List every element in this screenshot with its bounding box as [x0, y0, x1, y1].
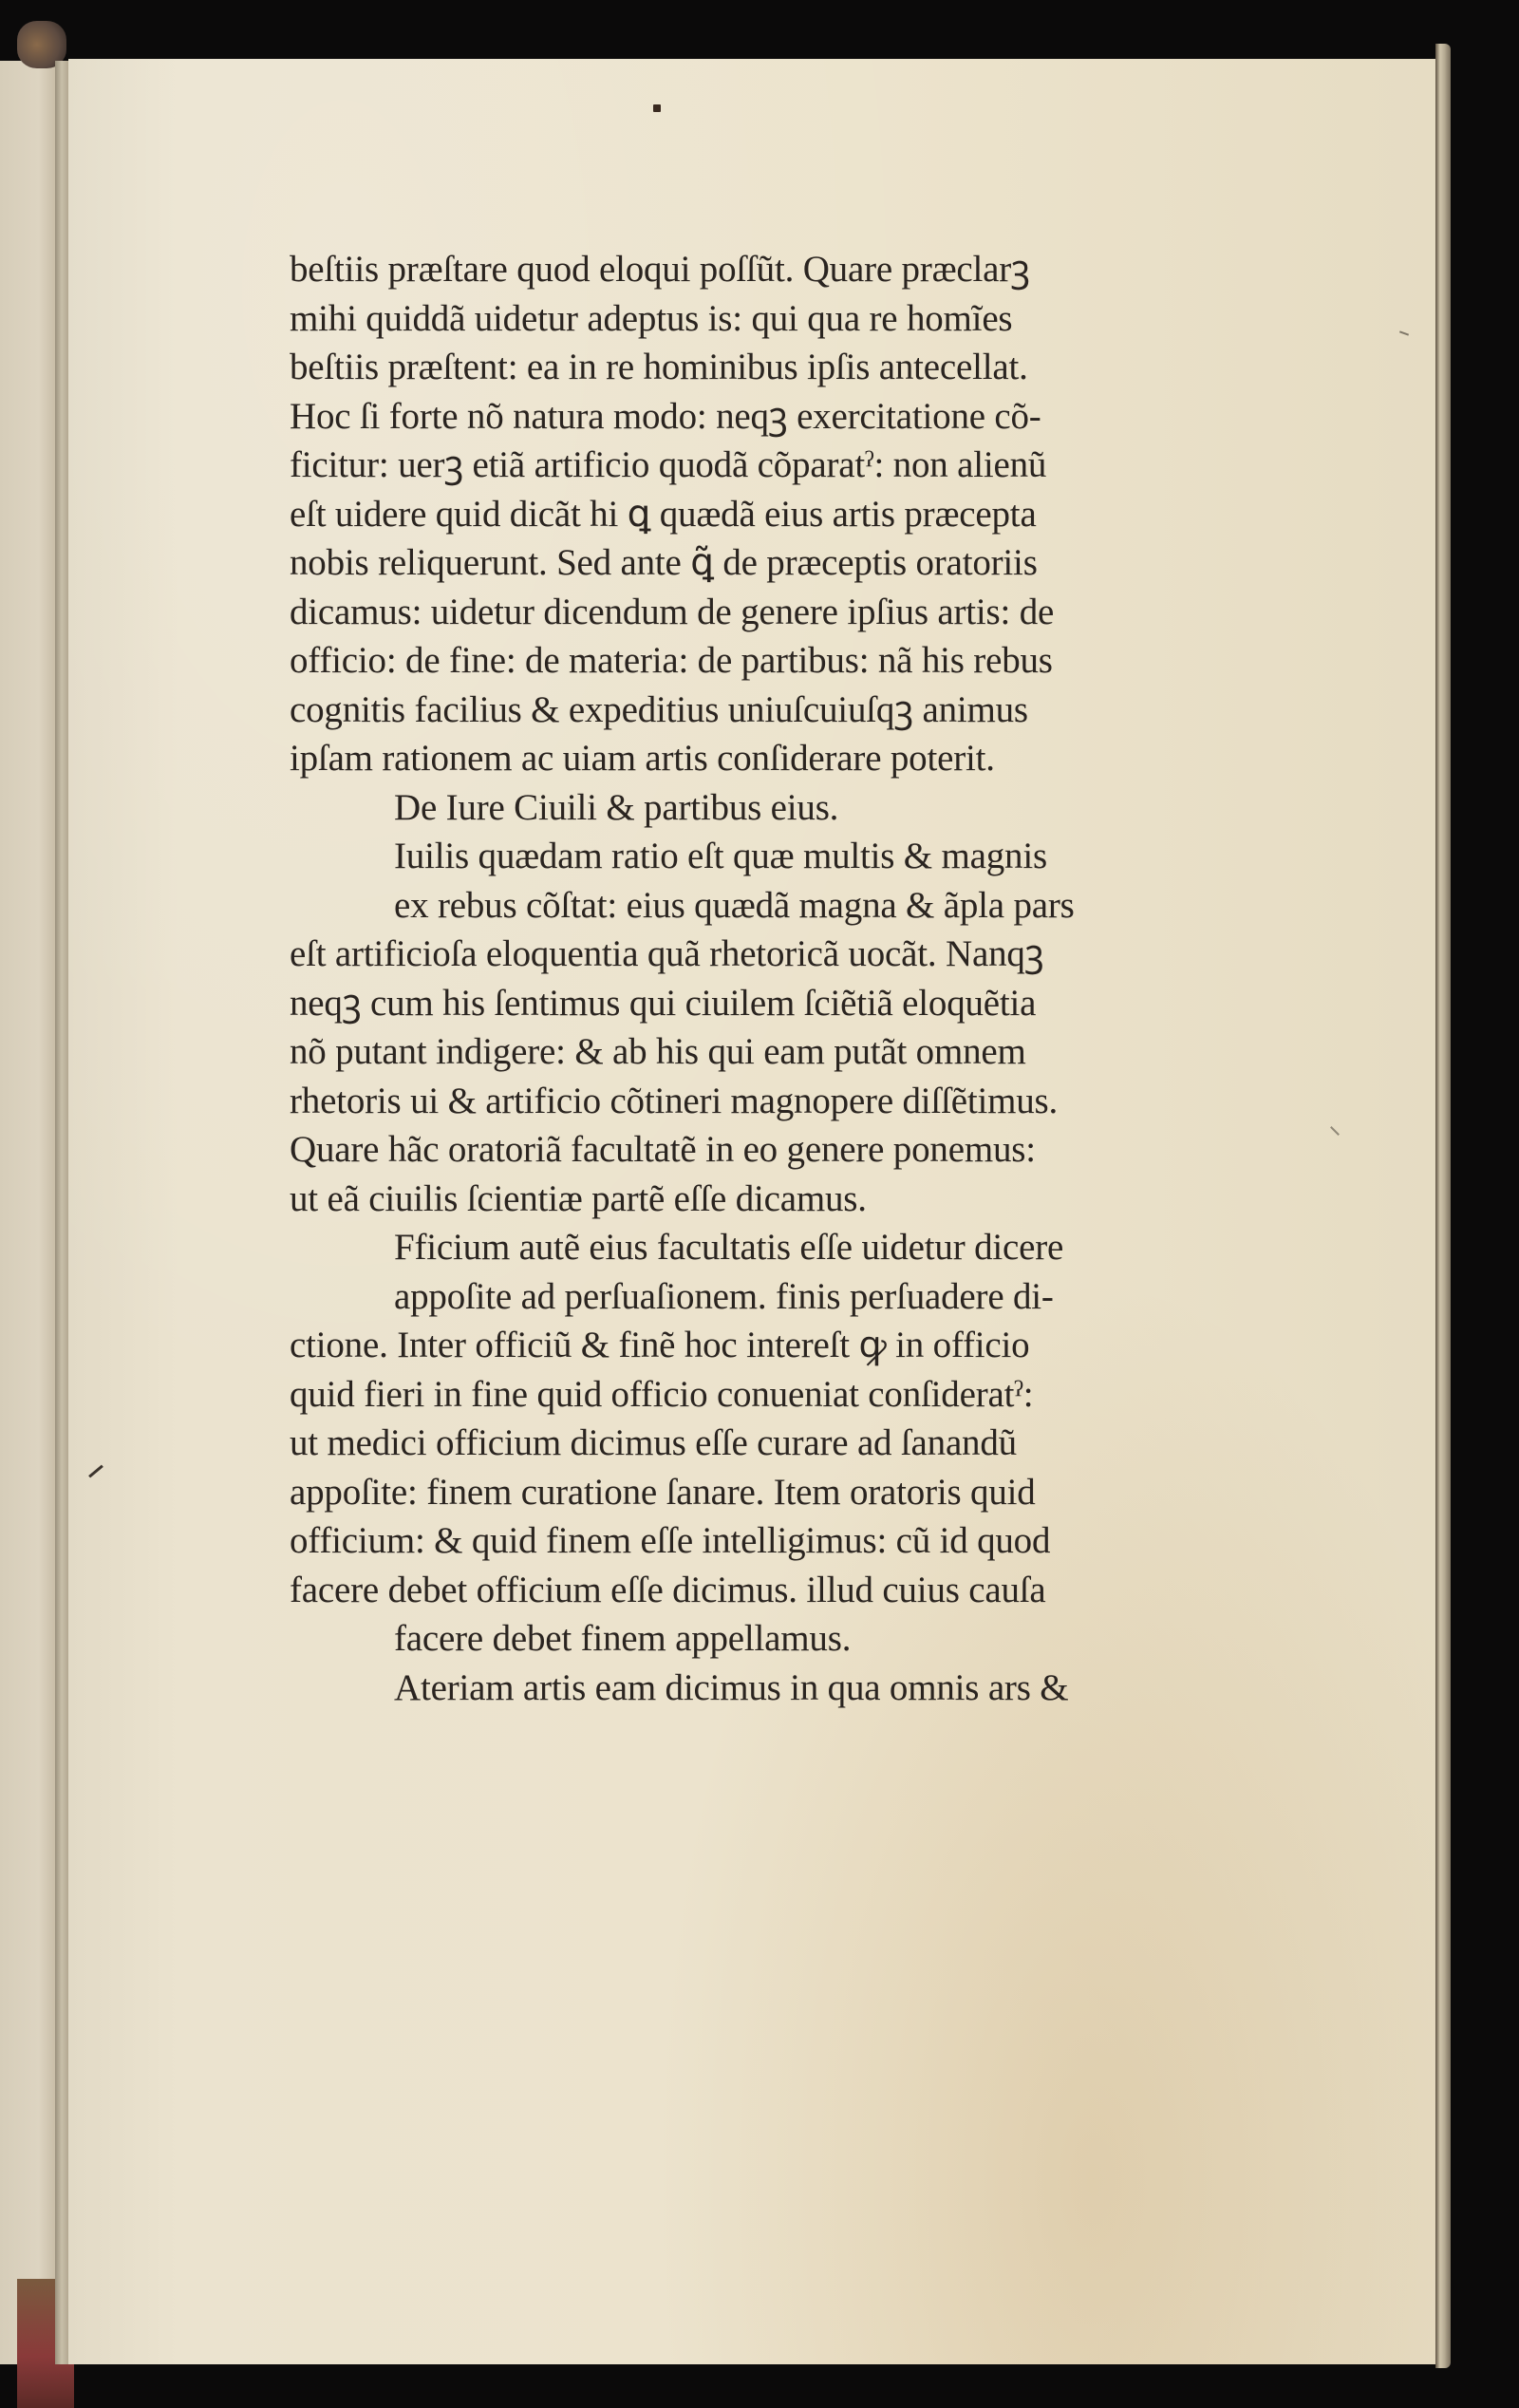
text-line: officio: de fine: de materia: de partibu…	[290, 636, 1201, 686]
paragraph: beſtiis præſtare quod eloqui poſſũt. Qua…	[290, 245, 1201, 783]
text-line: nobis reliquerunt. Sed ante ꝗ̃ de præcep…	[290, 538, 1201, 588]
text-line: beſtiis præſtent: ea in re hominibus ipſ…	[290, 343, 1201, 392]
text-line: facere debet finem appellamus.	[290, 1614, 1201, 1664]
text-line: facere debet officium eſſe dicimus. illu…	[290, 1566, 1201, 1615]
text-line: cognitis facilius & expeditius uniuſcuiu…	[290, 686, 1201, 735]
text-line: officium: & quid finem eſſe intelligimus…	[290, 1516, 1201, 1566]
text-line: rhetoris ui & artificio cõtineri magnope…	[290, 1077, 1201, 1126]
text-line: ex rebus cõſtat: eius quædã magna & ãpla…	[290, 881, 1201, 931]
text-line: Ateriam artis eam dicimus in qua omnis a…	[290, 1664, 1201, 1713]
text-line: dicamus: uidetur dicendum de genere ipſi…	[290, 588, 1201, 637]
text-line: nõ putant indigere: & ab his qui eam put…	[290, 1027, 1201, 1077]
text-line: Iuilis quædam ratio eſt quæ multis & mag…	[290, 832, 1201, 881]
text-line: neqꝫ cum his ſentimus qui ciuilem ſciẽti…	[290, 979, 1201, 1028]
text-line: ficitur: uerꝫ etiã artificio quodã cõpar…	[290, 441, 1201, 490]
text-line: ipſam rationem ac uiam artis conſiderare…	[290, 734, 1201, 783]
text-line: beſtiis præſtare quod eloqui poſſũt. Qua…	[290, 245, 1201, 294]
text-line: appoſite ad perſuaſionem. finis perſuade…	[290, 1272, 1201, 1322]
paragraph: Fficium autẽ eius facultatis eſſe uidetu…	[290, 1223, 1201, 1664]
paragraph: Iuilis quædam ratio eſt quæ multis & mag…	[290, 832, 1201, 1223]
text-line: eſt uidere quid dicãt hi ꝗ quædã eius ar…	[290, 490, 1201, 539]
text-line: ut eã ciuilis ſcientiæ partẽ eſſe dicamu…	[290, 1175, 1201, 1224]
signature-mark	[653, 104, 661, 112]
text-line: ut medici officium dicimus eſſe curare a…	[290, 1419, 1201, 1468]
text-line: quid fieri in fine quid officio conuenia…	[290, 1370, 1201, 1420]
text-line: Quare hãc oratoriã facultatẽ in eo gener…	[290, 1125, 1201, 1175]
text-line: Hoc ſi forte nõ natura modo: neqꝫ exerci…	[290, 392, 1201, 442]
section-heading: De Iure Ciuili & partibus eius.	[290, 783, 1201, 833]
printed-text-block: beſtiis præſtare quod eloqui poſſũt. Qua…	[290, 245, 1201, 1712]
text-line: eſt artificioſa eloquentia quã rhetoricã…	[290, 930, 1201, 979]
previous-leaf-edge	[0, 61, 55, 2364]
text-line: appoſite: finem curatione ſanare. Item o…	[290, 1468, 1201, 1517]
page-fore-edge	[1435, 44, 1451, 2368]
heading-text: De Iure Ciuili & partibus eius.	[290, 783, 1201, 833]
text-line: Fficium autẽ eius facultatis eſſe uidetu…	[290, 1223, 1201, 1272]
book-gutter	[55, 61, 68, 2364]
paragraph: Ateriam artis eam dicimus in qua omnis a…	[290, 1664, 1201, 1713]
text-line: ctione. Inter officiũ & finẽ hoc intereſ…	[290, 1321, 1201, 1370]
text-line: mihi quiddã uidetur adeptus is: qui qua …	[290, 294, 1201, 344]
